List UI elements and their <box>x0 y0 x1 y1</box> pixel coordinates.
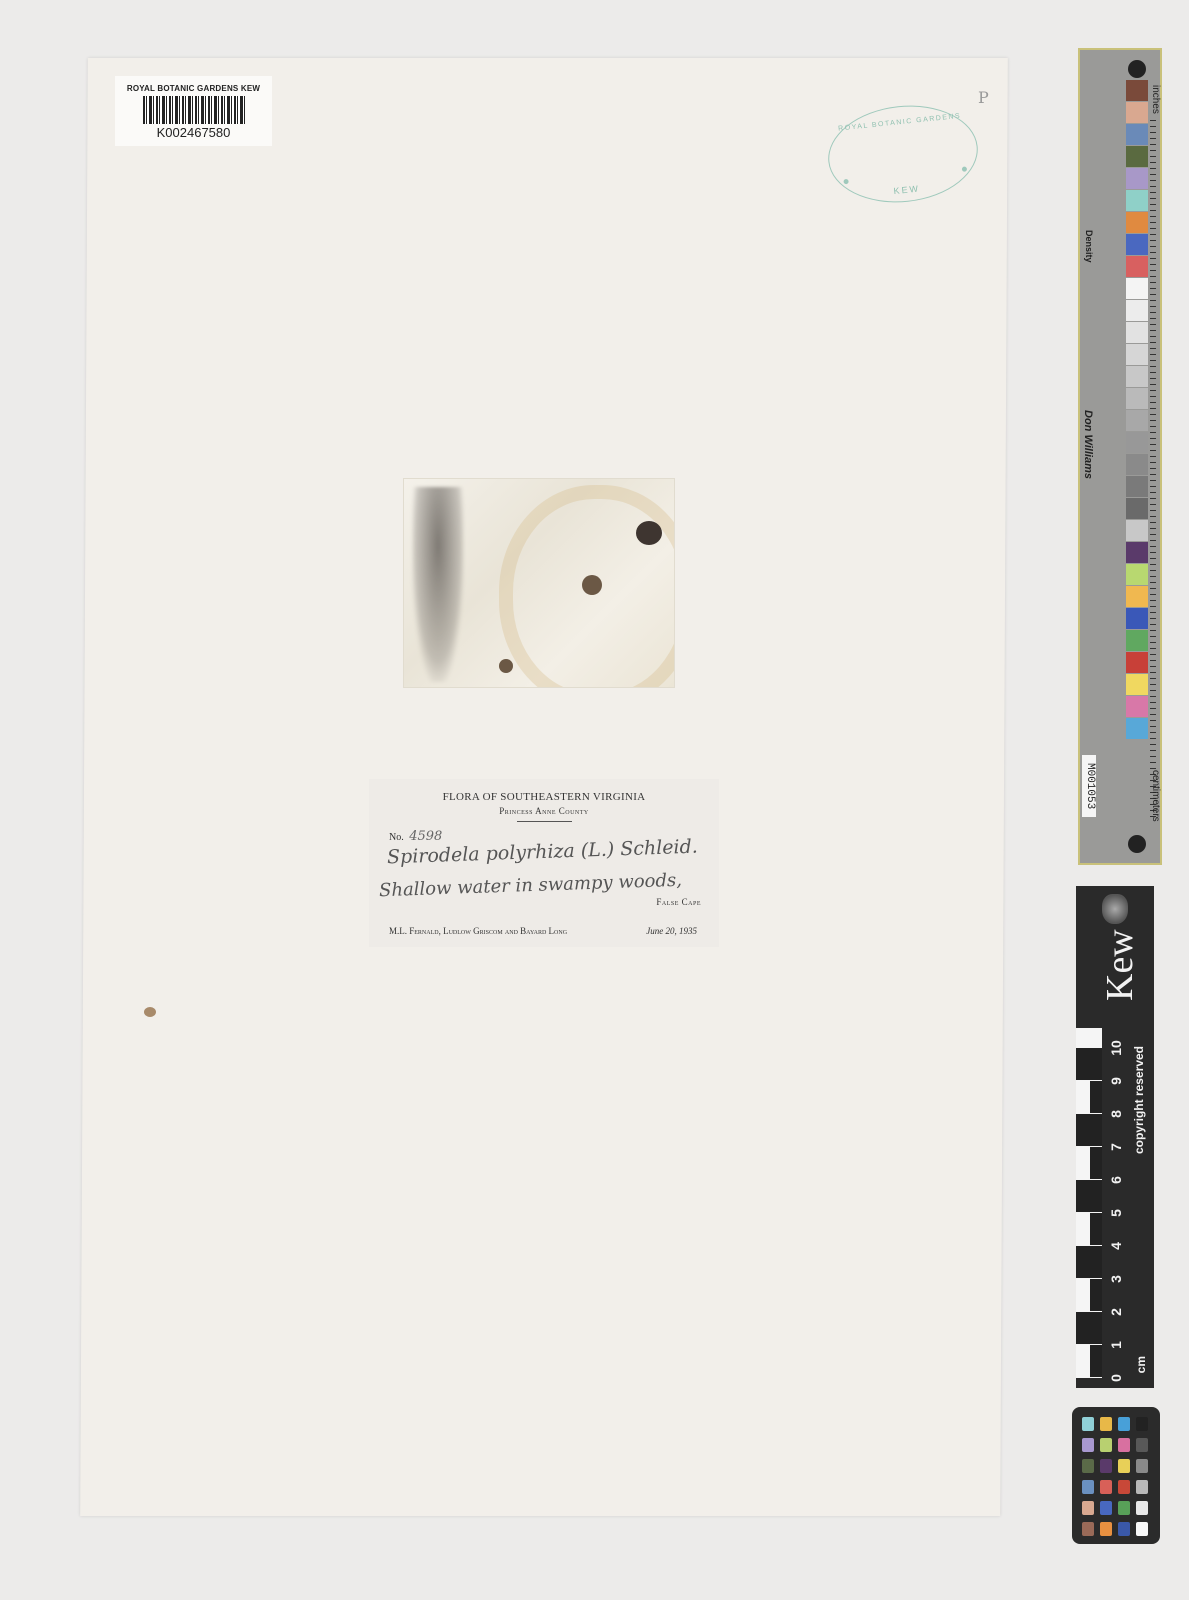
color-swatch <box>1126 344 1148 365</box>
scale-number: 2 <box>1108 1302 1124 1322</box>
color-swatch <box>1126 564 1148 585</box>
density-label: Density <box>1084 230 1094 263</box>
specimen-label: FLORA OF SOUTHEASTERN VIRGINIA Princess … <box>369 779 719 947</box>
color-swatch <box>1126 212 1148 233</box>
scale-block <box>1090 1279 1102 1311</box>
checker-cell <box>1118 1417 1130 1431</box>
color-swatch <box>1126 102 1148 123</box>
scale-block <box>1076 1246 1102 1278</box>
color-ruler: inches centimeters Density Don Williams … <box>1078 48 1162 865</box>
scale-number: 0 <box>1108 1368 1124 1388</box>
checker-cell <box>1082 1522 1094 1536</box>
scale-block <box>1076 1180 1102 1212</box>
color-swatch <box>1126 674 1148 695</box>
ruler-hole <box>1128 60 1146 78</box>
color-swatch <box>1126 146 1148 167</box>
color-swatch <box>1126 652 1148 673</box>
habitat: Shallow water in swampy woods, <box>379 870 683 902</box>
specimen-frond <box>499 659 513 673</box>
scale-block <box>1090 1213 1102 1245</box>
checker-cell <box>1100 1438 1112 1452</box>
color-swatch <box>1126 498 1148 519</box>
checker-cell <box>1118 1438 1130 1452</box>
specimen-packet <box>403 478 675 688</box>
color-swatch <box>1126 410 1148 431</box>
collectors: M.L. Fernald, Ludlow Griscom and Bayard … <box>389 926 567 936</box>
checker-cell <box>1118 1522 1130 1536</box>
color-swatch <box>1126 278 1148 299</box>
checker-cell <box>1118 1480 1130 1494</box>
kew-logo: Kew <box>1098 929 1142 1001</box>
stamp-dot <box>962 166 967 171</box>
color-swatch <box>1126 608 1148 629</box>
ruler-hole <box>1128 835 1146 853</box>
kew-cm-scale: Kew 012345678910 copyright reserved cm <box>1076 886 1154 1388</box>
barcode-label: ROYAL BOTANIC GARDENS KEW K002467580 <box>115 76 272 146</box>
units-centimeters: centimeters <box>1150 770 1161 822</box>
color-swatch <box>1126 630 1148 651</box>
scale-block <box>1090 1081 1102 1113</box>
color-swatch <box>1126 454 1148 475</box>
label-subtitle: Princess Anne County <box>369 806 719 816</box>
collection-number: No. 4598 <box>389 829 442 844</box>
specimen-frond <box>582 575 602 595</box>
institution-name: ROYAL BOTANIC GARDENS KEW <box>115 84 272 93</box>
cm-scale-numbers: 012345678910 <box>1106 1028 1126 1378</box>
scale-number: 1 <box>1108 1335 1124 1355</box>
label-title: FLORA OF SOUTHEASTERN VIRGINIA <box>369 791 719 803</box>
color-swatch <box>1126 322 1148 343</box>
color-swatch <box>1126 696 1148 717</box>
checker-cell <box>1100 1417 1112 1431</box>
checker-cell <box>1082 1480 1094 1494</box>
checker-cell <box>1100 1501 1112 1515</box>
scale-block <box>1090 1345 1102 1377</box>
checker-cell <box>1136 1480 1148 1494</box>
color-swatch <box>1126 476 1148 497</box>
checker-cell <box>1136 1459 1148 1473</box>
checker-cell <box>1118 1459 1130 1473</box>
color-swatch <box>1126 124 1148 145</box>
label-divider <box>517 821 572 822</box>
color-swatch <box>1126 432 1148 453</box>
checker-cell <box>1100 1480 1112 1494</box>
copyright-text: copyright reserved <box>1132 1046 1146 1154</box>
checker-cell <box>1100 1459 1112 1473</box>
checker-cell <box>1082 1501 1094 1515</box>
checker-cell <box>1082 1438 1094 1452</box>
number-value: 4598 <box>409 829 442 844</box>
ruler-brand: Don Williams <box>1082 410 1094 479</box>
sheet-stain <box>144 1007 156 1017</box>
color-swatch <box>1126 80 1148 101</box>
checker-cell <box>1082 1459 1094 1473</box>
royal-crest-icon <box>1102 894 1128 924</box>
scale-number: 7 <box>1108 1137 1124 1157</box>
checker-cell <box>1136 1438 1148 1452</box>
pencil-mark: P <box>978 88 989 107</box>
checker-cell <box>1136 1417 1148 1431</box>
scale-number: 10 <box>1108 1038 1124 1058</box>
ruler-ticks <box>1150 120 1156 820</box>
locality: False Cape <box>656 897 701 907</box>
specimen-fronds <box>412 487 464 682</box>
color-swatch <box>1126 586 1148 607</box>
color-swatch <box>1126 366 1148 387</box>
barcode-bars <box>143 96 245 124</box>
scale-block <box>1076 1312 1102 1344</box>
scale-block <box>1076 1114 1102 1146</box>
checker-cell <box>1136 1522 1148 1536</box>
specimen-frond <box>636 521 662 545</box>
color-swatch <box>1126 542 1148 563</box>
checker-cell <box>1118 1501 1130 1515</box>
checker-cell <box>1136 1501 1148 1515</box>
color-swatch <box>1126 300 1148 321</box>
ruler-code: M001053 <box>1082 755 1096 817</box>
stamp-dot <box>843 179 848 184</box>
color-swatch <box>1126 256 1148 277</box>
scale-number: 6 <box>1108 1170 1124 1190</box>
collection-date: June 20, 1935 <box>646 926 697 936</box>
scale-number: 9 <box>1108 1071 1124 1091</box>
scale-number: 5 <box>1108 1203 1124 1223</box>
color-swatch <box>1126 168 1148 189</box>
scale-number: 8 <box>1108 1104 1124 1124</box>
number-prefix: No. <box>389 832 404 843</box>
scale-number: 3 <box>1108 1269 1124 1289</box>
units-inches: inches <box>1150 85 1161 114</box>
checker-cell <box>1082 1417 1094 1431</box>
color-swatch <box>1126 190 1148 211</box>
color-checker-card <box>1072 1407 1160 1544</box>
cm-scale-bar <box>1076 1028 1102 1378</box>
unit-label: cm <box>1134 1356 1148 1373</box>
color-swatch <box>1126 520 1148 541</box>
color-swatch <box>1126 718 1148 739</box>
scale-block <box>1076 1048 1102 1080</box>
scale-number: 4 <box>1108 1236 1124 1256</box>
scale-block <box>1090 1147 1102 1179</box>
color-swatch <box>1126 388 1148 409</box>
barcode-number: K002467580 <box>115 125 272 140</box>
checker-cell <box>1100 1522 1112 1536</box>
color-swatch <box>1126 234 1148 255</box>
